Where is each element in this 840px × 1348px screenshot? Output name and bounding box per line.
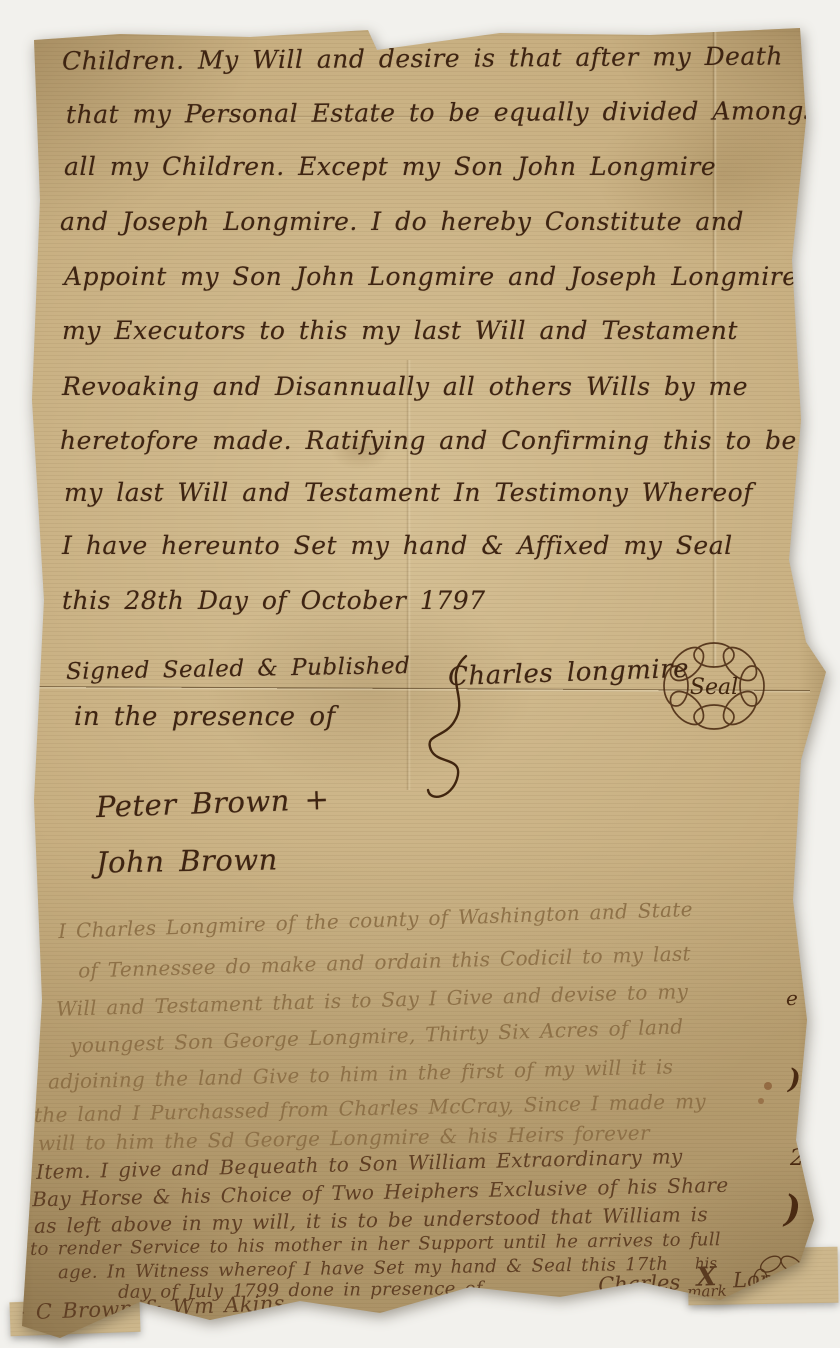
will-line: this 28th Day of October 1797 <box>62 586 486 615</box>
scanned-document-stage: Children. My Will and desire is that aft… <box>0 0 840 1348</box>
will-line: my Executors to this my last Will and Te… <box>62 316 738 345</box>
stain-spot-1 <box>764 1082 772 1090</box>
codicil-witness-line: + C Brown & Wm Akins <box>8 1291 285 1325</box>
will-line: Revoaking and Disannually all others Wil… <box>62 372 748 401</box>
codicil-line: of Tennessee do make and ordain this Cod… <box>78 941 691 982</box>
seal-flourish: Seal <box>648 628 780 748</box>
will-line: and Joseph Longmire. I do hereby Constit… <box>60 207 744 236</box>
edge-ink-mark: , <box>794 1272 802 1300</box>
edge-ink-mark: 2 <box>790 1146 804 1171</box>
will-line: Appoint my Son John Longmire and Joseph … <box>64 262 798 291</box>
seal-label: Seal <box>690 675 738 700</box>
witness-signature: John Brown <box>96 842 278 879</box>
codicil-line: Will and Testament that is to Say I Give… <box>56 979 689 1021</box>
his-x-mark: his X mark <box>686 1256 727 1299</box>
codicil-line: I Charles Longmire of the county of Wash… <box>58 897 693 943</box>
witness-signature: Peter Brown + <box>95 782 329 824</box>
attestation-presence-line: in the presence of <box>74 702 336 732</box>
edge-ink-mark: ) <box>784 1188 801 1230</box>
will-line: all my Children. Except my Son John Long… <box>64 152 716 181</box>
paper-wrap: Children. My Will and desire is that aft… <box>0 0 840 1348</box>
vertical-crease-center <box>406 360 411 790</box>
will-line: heretofore made. Ratifying and Confirmin… <box>60 426 797 455</box>
codicil-line: adjoining the land Give to him in the fi… <box>48 1054 674 1093</box>
attestation-signed-line: Signed Sealed & Published <box>66 653 411 685</box>
mark-label: mark <box>687 1284 727 1299</box>
codicil-seal-flourish: Seal <box>742 1248 820 1314</box>
brace-flourish <box>420 652 480 802</box>
codicil-seal-label: Seal <box>767 1274 796 1289</box>
codicil-line: youngest Son George Longmire, Thirty Six… <box>70 1014 684 1057</box>
will-line: I have hereunto Set my hand & Affixed my… <box>62 531 733 560</box>
will-line: that my Personal Estate to be equally di… <box>66 96 828 129</box>
edge-ink-mark: ) <box>788 1064 801 1095</box>
will-line: Children. My Will and desire is that aft… <box>62 41 783 75</box>
edge-ink-mark: e <box>786 986 798 1010</box>
manuscript-paper: Children. My Will and desire is that aft… <box>0 0 840 1348</box>
codicil-signature-first: Charles <box>598 1270 681 1297</box>
will-line: my last Will and Testament In Testimony … <box>64 478 753 507</box>
stain-spot-2 <box>758 1098 764 1104</box>
